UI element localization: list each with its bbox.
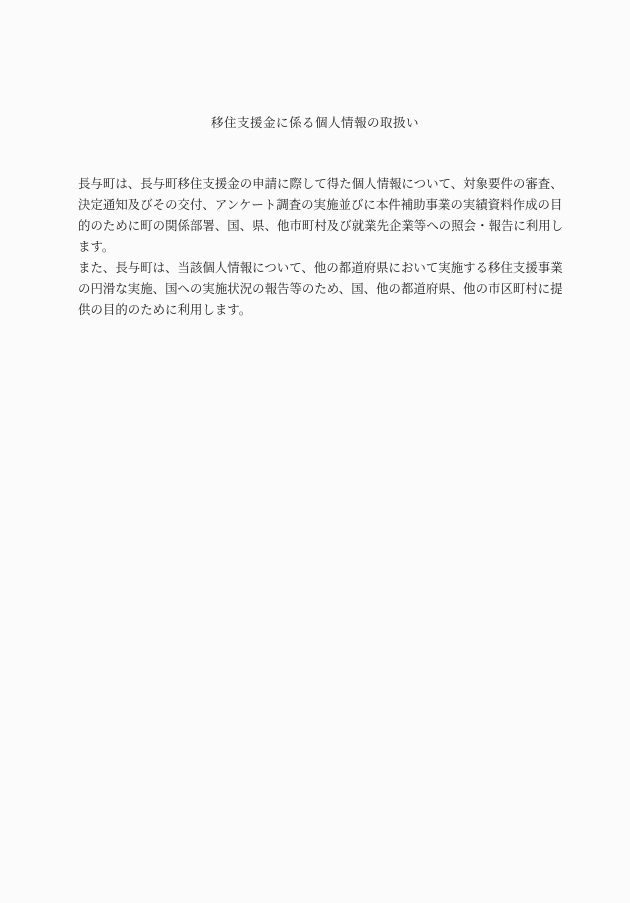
body-line: ます。 bbox=[78, 237, 554, 258]
body-line: また、長与町は、当該個人情報について、他の都道府県において実施する移住支援事業 bbox=[78, 258, 554, 279]
page-title: 移住支援金に係る個人情報の取扱い bbox=[0, 113, 630, 134]
body-line: 的のために町の関係部署、国、県、他市町村及び就業先企業等への照会・報告に利用し bbox=[78, 216, 554, 237]
body-line: の円滑な実施、国への実施状況の報告等のため、国、他の都道府県、他の市区町村に提 bbox=[78, 279, 554, 300]
document-page: 移住支援金に係る個人情報の取扱い 長与町は、長与町移住支援金の申請に際して得た個… bbox=[0, 0, 630, 903]
body-line: 決定通知及びその交付、アンケート調査の実施並びに本件補助事業の実績資料作成の目 bbox=[78, 195, 554, 216]
document-body: 長与町は、長与町移住支援金の申請に際して得た個人情報について、対象要件の審査、 … bbox=[78, 174, 554, 321]
body-line: 供の目的のために利用します。 bbox=[78, 300, 554, 321]
body-line: 長与町は、長与町移住支援金の申請に際して得た個人情報について、対象要件の審査、 bbox=[78, 174, 554, 195]
